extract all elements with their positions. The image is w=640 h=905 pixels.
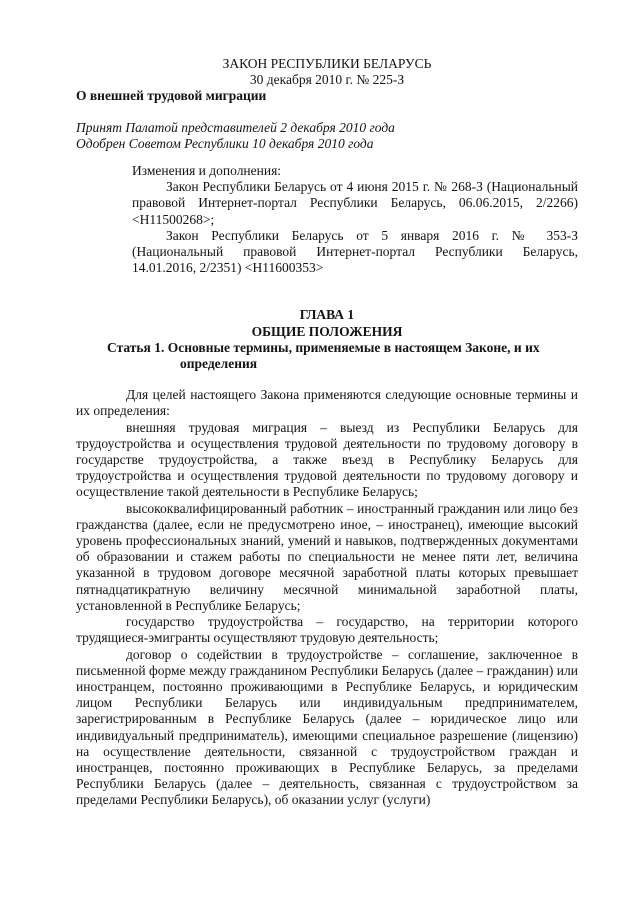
amendment-item: Закон Республики Беларусь от 5 января 20… [132, 228, 578, 277]
adopted-by-house-line: Принят Палатой представителей 2 декабря … [76, 120, 578, 136]
amendments-block: Изменения и дополнения: Закон Республики… [132, 163, 578, 276]
article-body: Для целей настоящего Закона применяются … [76, 387, 578, 808]
law-header: ЗАКОН РЕСПУБЛИКИ БЕЛАРУСЬ 30 декабря 201… [76, 56, 578, 88]
law-date-number-line: 30 декабря 2010 г. № 225-З [76, 72, 578, 88]
chapter-title: ОБЩИЕ ПОЛОЖЕНИЯ [76, 324, 578, 340]
body-paragraph-term-contract: договор о содействии в трудоустройстве –… [76, 647, 578, 809]
chapter-number: ГЛАВА 1 [76, 307, 578, 323]
body-paragraph-intro: Для целей настоящего Закона применяются … [76, 387, 578, 419]
article-heading: Статья 1. Основные термины, применяемые … [76, 340, 578, 372]
law-subject-title: О внешней трудовой миграции [76, 88, 578, 104]
law-type-line: ЗАКОН РЕСПУБЛИКИ БЕЛАРУСЬ [76, 56, 578, 72]
document-page: ЗАКОН РЕСПУБЛИКИ БЕЛАРУСЬ 30 декабря 201… [0, 0, 640, 905]
chapter-heading: ГЛАВА 1 ОБЩИЕ ПОЛОЖЕНИЯ [76, 307, 578, 339]
amendment-item: Закон Республики Беларусь от 4 июня 2015… [132, 179, 578, 228]
body-paragraph-term-migration: внешняя трудовая миграция – выезд из Рес… [76, 420, 578, 501]
body-paragraph-term-worker: высококвалифицированный работник – иност… [76, 501, 578, 614]
body-paragraph-term-state: государство трудоустройства – государств… [76, 614, 578, 646]
approved-by-council-line: Одобрен Советом Республики 10 декабря 20… [76, 136, 578, 152]
amendments-label: Изменения и дополнения: [132, 163, 578, 179]
adoption-block: Принят Палатой представителей 2 декабря … [76, 120, 578, 152]
